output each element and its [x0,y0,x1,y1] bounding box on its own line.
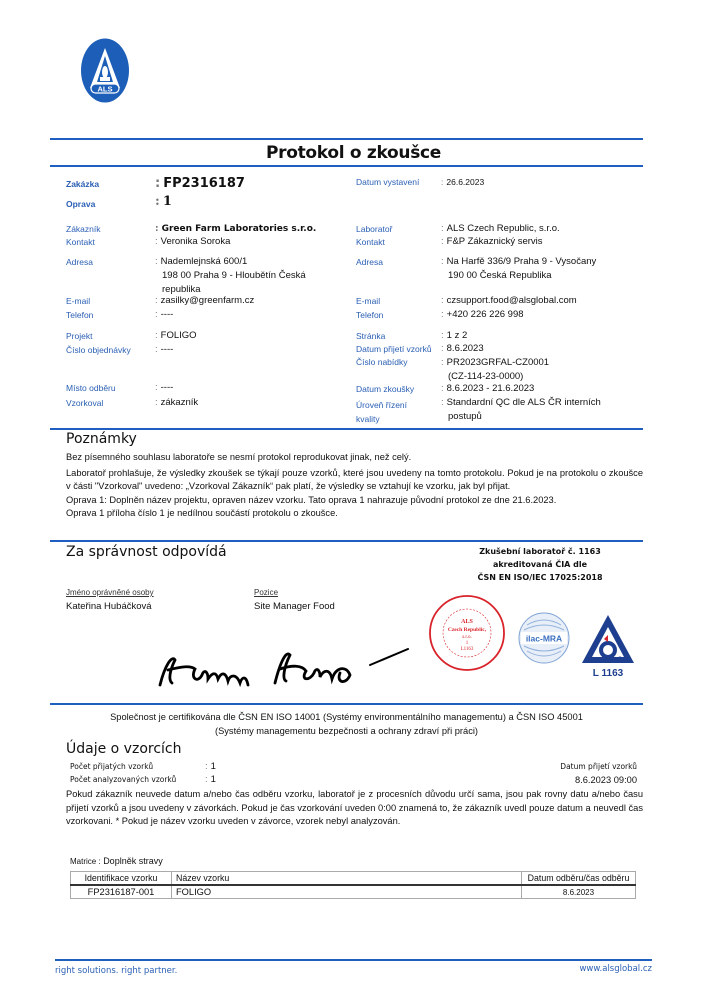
samples-note: Pokud zákazník neuvede datum a/nebo čas … [66,788,643,829]
svg-text:L1163: L1163 [461,647,474,652]
svg-text:s.r.o.: s.r.o. [462,635,472,640]
notes-heading: Poznámky [66,431,137,447]
samples-table: Identifikace vzorku Název vzorku Datum o… [70,871,636,899]
divider [50,540,643,542]
test-date-label: Datum zkoušky [356,384,414,394]
received-count-value: :1 [205,760,216,774]
svg-text:Czech Republic,: Czech Republic, [448,627,487,633]
offer-number-value: :PR2023GRFAL-CZ0001 (CZ-114-23-0000) [441,356,549,384]
receipt-datetime-value: 8.6.2023 09:00 [575,775,637,785]
sampled-by-label: Vzorkoval [66,398,103,408]
email-value: :zasilky@greenfarm.cz [155,294,254,308]
page-title: Protokol o zkoušce [0,143,707,163]
page-value: :1 z 2 [441,329,467,343]
contact-value: :Veronika Soroka [155,235,230,249]
cia-logo: L 1163 [580,613,636,679]
lab-phone-value: :+420 226 226 998 [441,308,524,322]
lab-contact-label: Kontakt [356,237,385,247]
divider [50,165,643,167]
lab-phone-label: Telefon [356,310,383,320]
received-count-label: Počet přijatých vzorků [70,762,153,771]
sampling-place-label: Místo odběru [66,383,116,393]
revision-label: Oprava [66,199,95,209]
phone-label: Telefon [66,310,93,320]
laboratory-label: Laboratoř [356,224,392,234]
page-label: Stránka [356,331,385,341]
lab-email-label: E-mail [356,296,380,306]
customer-label: Zákazník [66,224,101,234]
footer-tagline: right solutions. right partner. [55,966,177,976]
svg-text:ALS: ALS [98,85,113,94]
order-label: Zakázka [66,179,99,189]
receipt-date-value: :8.6.2023 [441,342,484,356]
als-logo: ALS [81,38,129,103]
col-sample-name: Název vzorku [172,872,522,886]
issue-date-value: :26.6.2023 [441,175,484,189]
cell-sample-id: FP2316187-001 [71,885,172,899]
order-value: :FP2316187 [155,177,245,191]
address-value: :Nademlejnská 600/1 198 00 Praha 9 - Hlo… [155,255,306,297]
accreditation-stamp: ALS Czech Republic, s.r.o. 1 L1163 [427,593,507,673]
order-number-value: :---- [155,343,173,357]
revision-value: :1 [155,195,172,209]
svg-text:ilac-MRA: ilac-MRA [526,634,562,644]
svg-text:ALS: ALS [461,619,473,625]
footer-website-link[interactable]: www.alsglobal.cz [579,964,652,974]
analyzed-count-value: :1 [205,773,216,787]
position-label: Pozice [254,588,278,597]
col-sample-id: Identifikace vzorku [71,872,172,886]
responsibility-heading: Za správnost odpovídá [66,544,227,560]
laboratory-value: :ALS Czech Republic, s.r.o. [441,222,560,236]
name-label: Jméno oprávněné osoby [66,588,154,597]
issue-date-label: Datum vystavení [356,177,419,187]
address-label: Adresa [66,257,93,267]
notes-text: Bez písemného souhlasu laboratoře se nes… [66,451,643,521]
ilac-mra-logo: ilac-MRA [518,612,570,664]
name-value: Kateřina Hubáčková [66,601,152,612]
cell-sampling-date: 8.6.2023 [522,885,636,899]
matrix: Matrice : Doplněk stravy [70,856,163,866]
lab-contact-value: :F&P Zákaznický servis [441,235,543,249]
quality-level-label: Úroveň řízení kvality [356,398,407,426]
sampled-by-value: :zákazník [155,396,198,410]
lab-email-value: :czsupport.food@alsglobal.com [441,294,577,308]
accreditation-text: Zkušební laboratoř č. 1163 akreditovaná … [470,545,610,584]
divider [50,138,643,140]
offer-number-label: Číslo nabídky [356,357,408,367]
customer-value: :Green Farm Laboratories s.r.o. [155,222,316,236]
contact-label: Kontakt [66,237,95,247]
table-row: FP2316187-001 FOLIGO 8.6.2023 [71,885,636,899]
phone-value: :---- [155,308,173,322]
position-value: Site Manager Food [254,601,335,612]
project-label: Projekt [66,331,92,341]
col-sampling-date: Datum odběru/čas odběru [522,872,636,886]
divider [50,703,643,705]
divider [50,428,643,430]
lab-address-label: Adresa [356,257,383,267]
samples-heading: Údaje o vzorcích [66,741,182,757]
order-number-label: Číslo objednávky [66,345,131,355]
svg-text:L 1163: L 1163 [593,668,624,679]
quality-level-value: :Standardní QC dle ALS ČR interních post… [441,396,601,424]
test-date-value: :8.6.2023 - 21.6.2023 [441,382,534,396]
receipt-datetime-label: Datum přijetí vzorků [560,762,637,771]
analyzed-count-label: Počet analyzovaných vzorků [70,775,176,784]
email-label: E-mail [66,296,90,306]
signature [150,635,420,695]
footer-divider [55,959,652,961]
lab-address-value: :Na Harfě 336/9 Praha 9 - Vysočany 190 0… [441,255,596,283]
svg-text:1: 1 [466,641,469,646]
cell-sample-name: FOLIGO [172,885,522,899]
certification-text: Společnost je certifikována dle ČSN EN I… [50,711,643,738]
receipt-date-label: Datum přijetí vzorků [356,344,432,354]
sampling-place-value: :---- [155,381,173,395]
project-value: :FOLIGO [155,329,197,343]
